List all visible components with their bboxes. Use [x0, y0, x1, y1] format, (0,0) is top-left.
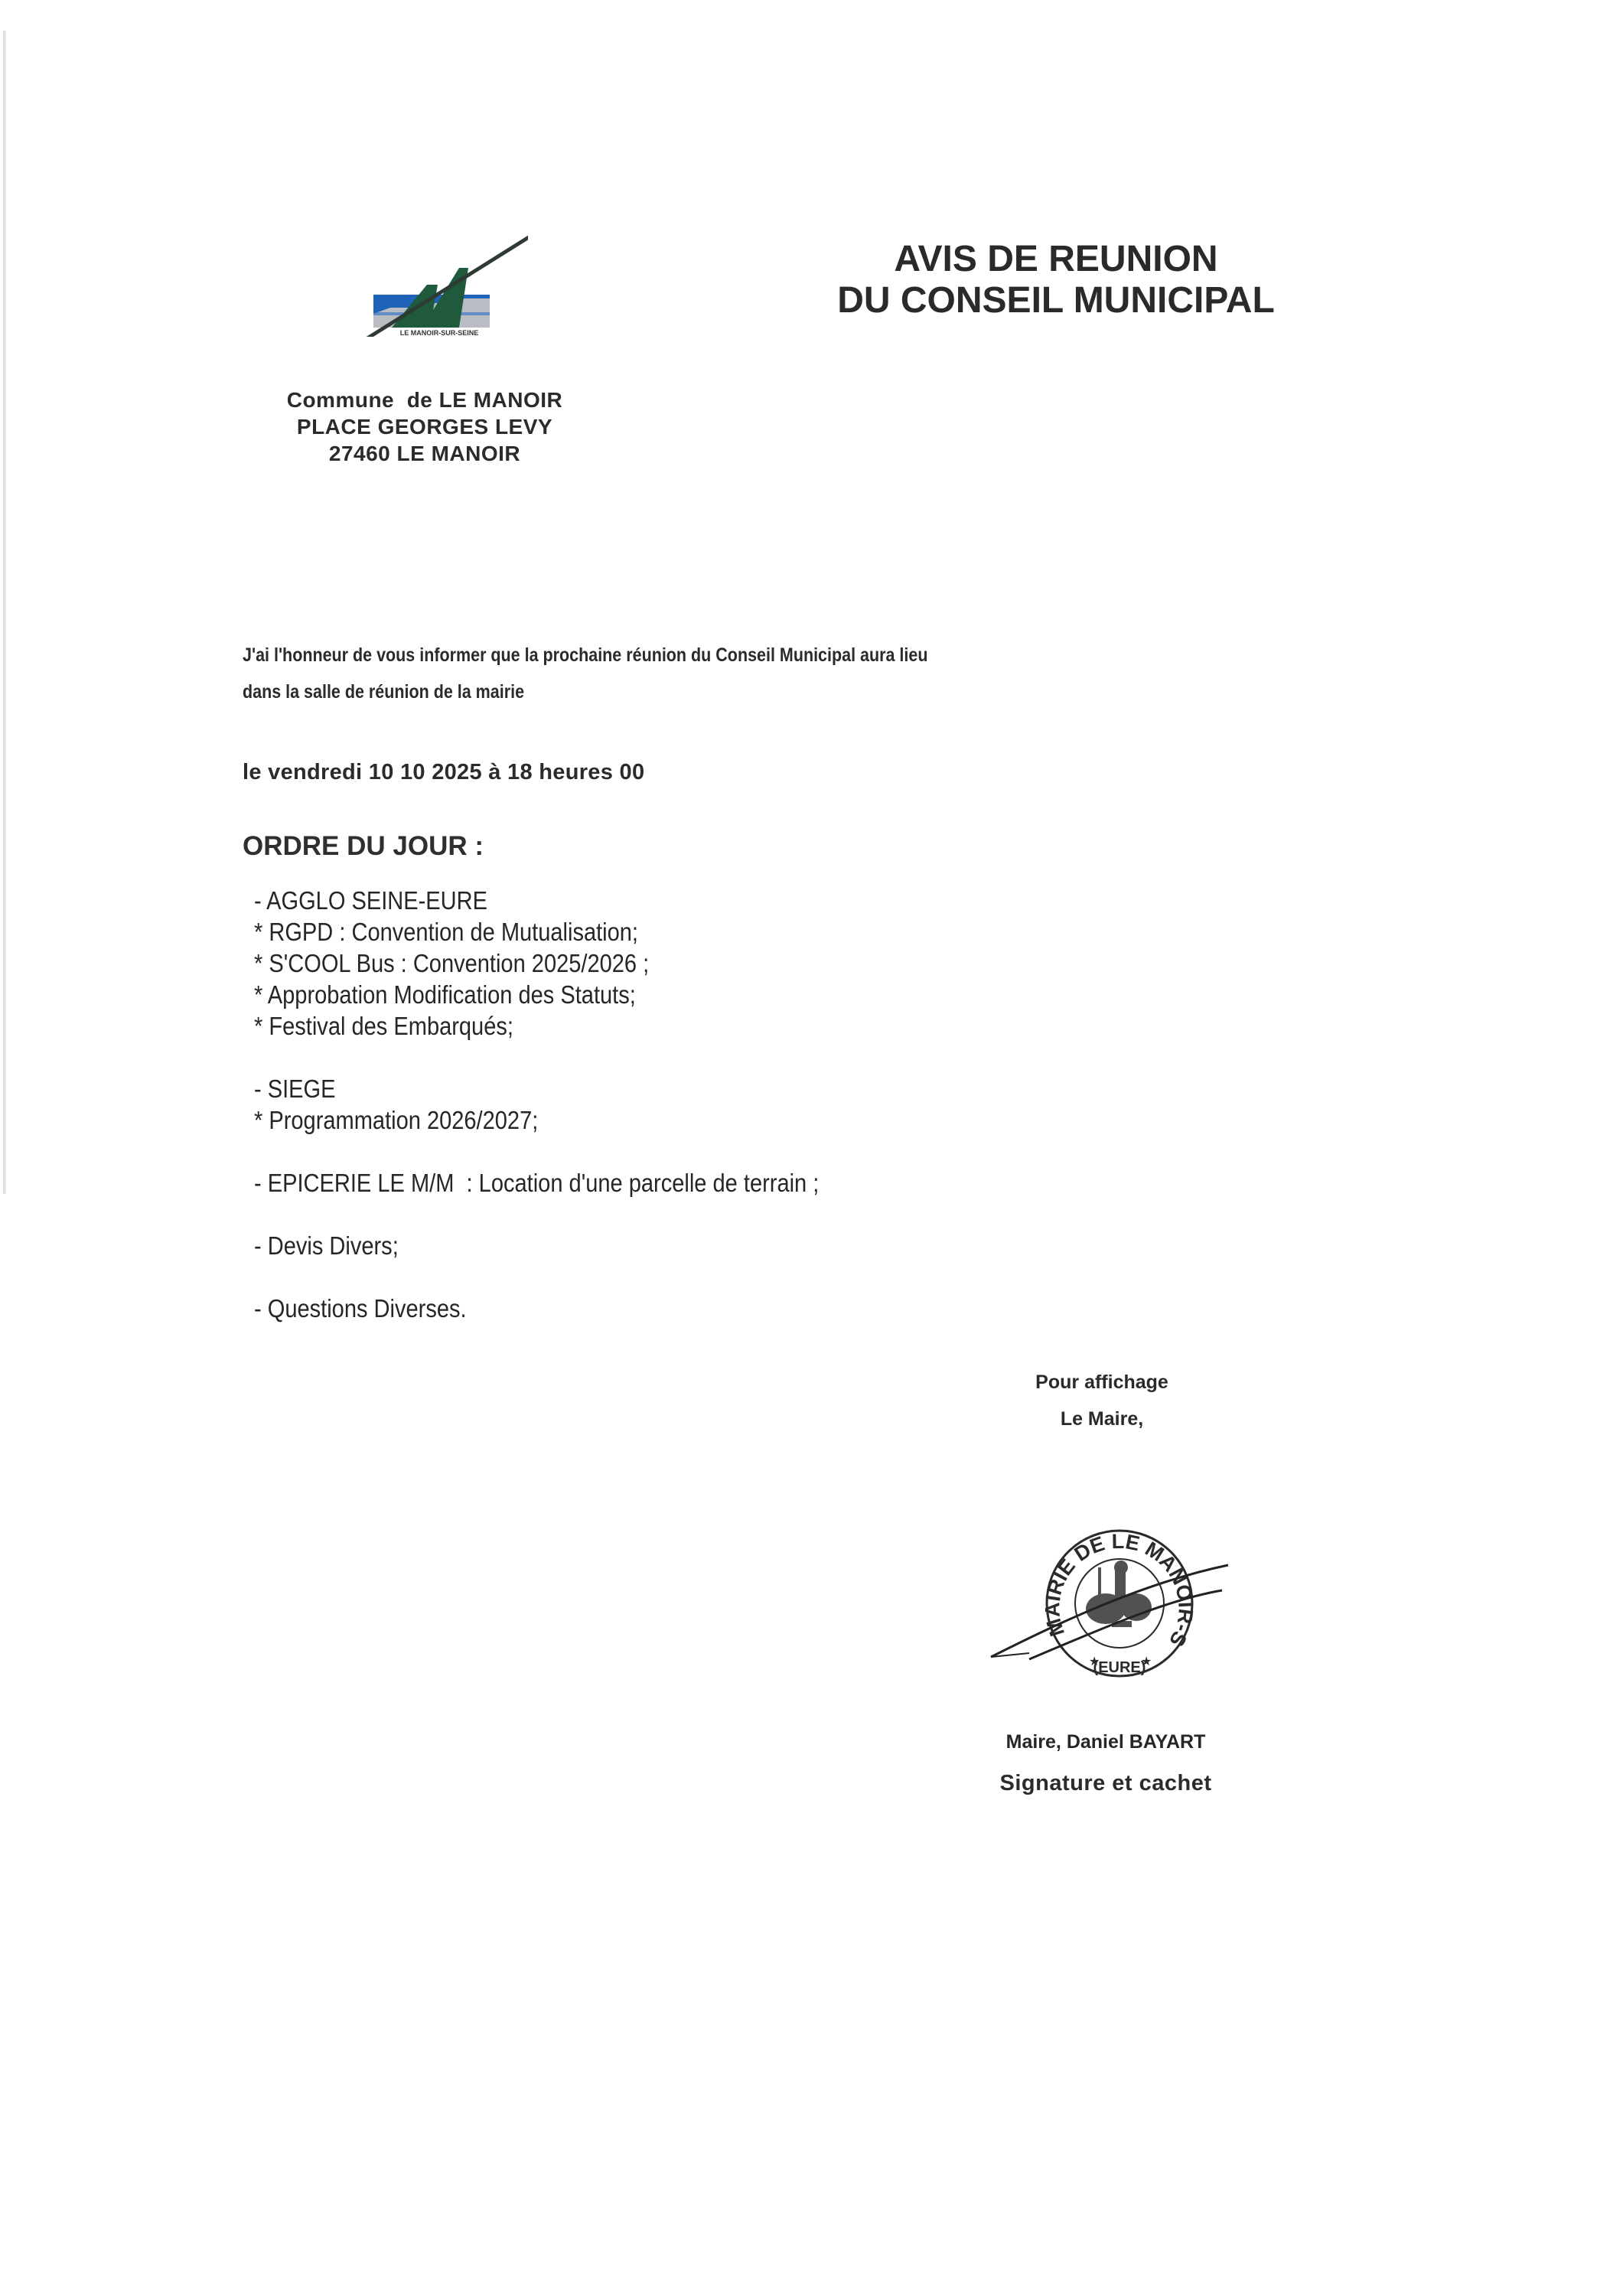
agenda-list: - AGGLO SEINE-EURE * RGPD : Convention d… [254, 885, 819, 1324]
title-line-2: DU CONSEIL MUNICIPAL [765, 280, 1347, 321]
official-stamp: MAIRIE DE LE MANOIR-SUR-SEINE (EURE) ★ ★ [983, 1523, 1251, 1688]
intro-paragraph: J'ai l'honneur de vous informer que la p… [243, 641, 927, 715]
address-line-2: PLACE GEORGES LEVY [230, 413, 620, 440]
star-icon: ★ [1089, 1655, 1100, 1668]
intro-line-2: dans la salle de réunion de la mairie [243, 678, 927, 715]
stamp-text-top: MAIRIE DE LE MANOIR-SUR-SEINE [983, 1523, 1198, 1650]
address-line-3: 27460 LE MANOIR [230, 440, 620, 467]
emblem-icon [1086, 1561, 1152, 1627]
agenda-title: ORDRE DU JOUR : [243, 831, 484, 862]
agenda-item: * S'COOL Bus : Convention 2025/2026 ; [254, 947, 819, 979]
agenda-item: * RGPD : Convention de Mutualisation; [254, 916, 819, 947]
agenda-section-heading: - Questions Diverses. [254, 1293, 819, 1324]
posting-label: Pour affichage [957, 1371, 1247, 1394]
agenda-item: * Programmation 2026/2027; [254, 1104, 819, 1136]
mayor-role: Le Maire, [957, 1408, 1247, 1430]
commune-address: Commune de LE MANOIR PLACE GEORGES LEVY … [230, 386, 620, 467]
agenda-section-heading: - EPICERIE LE M/M : Location d'une parce… [254, 1167, 819, 1199]
agenda-section-heading: - Devis Divers; [254, 1230, 819, 1261]
page-title: AVIS DE REUNION DU CONSEIL MUNICIPAL [765, 239, 1347, 321]
intro-line-1: J'ai l'honneur de vous informer que la p… [243, 641, 927, 678]
star-icon: ★ [1141, 1655, 1152, 1668]
scan-edge [3, 31, 6, 1194]
commune-logo: LE MANOIR-SUR-SEINE [337, 214, 528, 337]
meeting-date: le vendredi 10 10 2025 à 18 heures 00 [243, 760, 644, 785]
svg-text:MAIRIE DE LE MANOIR-SUR-SEINE: MAIRIE DE LE MANOIR-SUR-SEINE [983, 1523, 1198, 1650]
agenda-item: * Festival des Embarqués; [254, 1010, 819, 1042]
agenda-item: * Approbation Modification des Statuts; [254, 979, 819, 1010]
title-line-1: AVIS DE REUNION [765, 239, 1347, 280]
signer-name: Maire, Daniel BAYART [957, 1731, 1255, 1753]
address-line-1: Commune de LE MANOIR [230, 386, 620, 413]
agenda-section-heading: - AGGLO SEINE-EURE [254, 885, 819, 916]
stamp-text-bottom: (EURE) [1093, 1659, 1146, 1676]
signature-caption: Signature et cachet [957, 1771, 1255, 1796]
agenda-section-heading: - SIEGE [254, 1073, 819, 1104]
logo-caption: LE MANOIR-SUR-SEINE [400, 329, 479, 337]
